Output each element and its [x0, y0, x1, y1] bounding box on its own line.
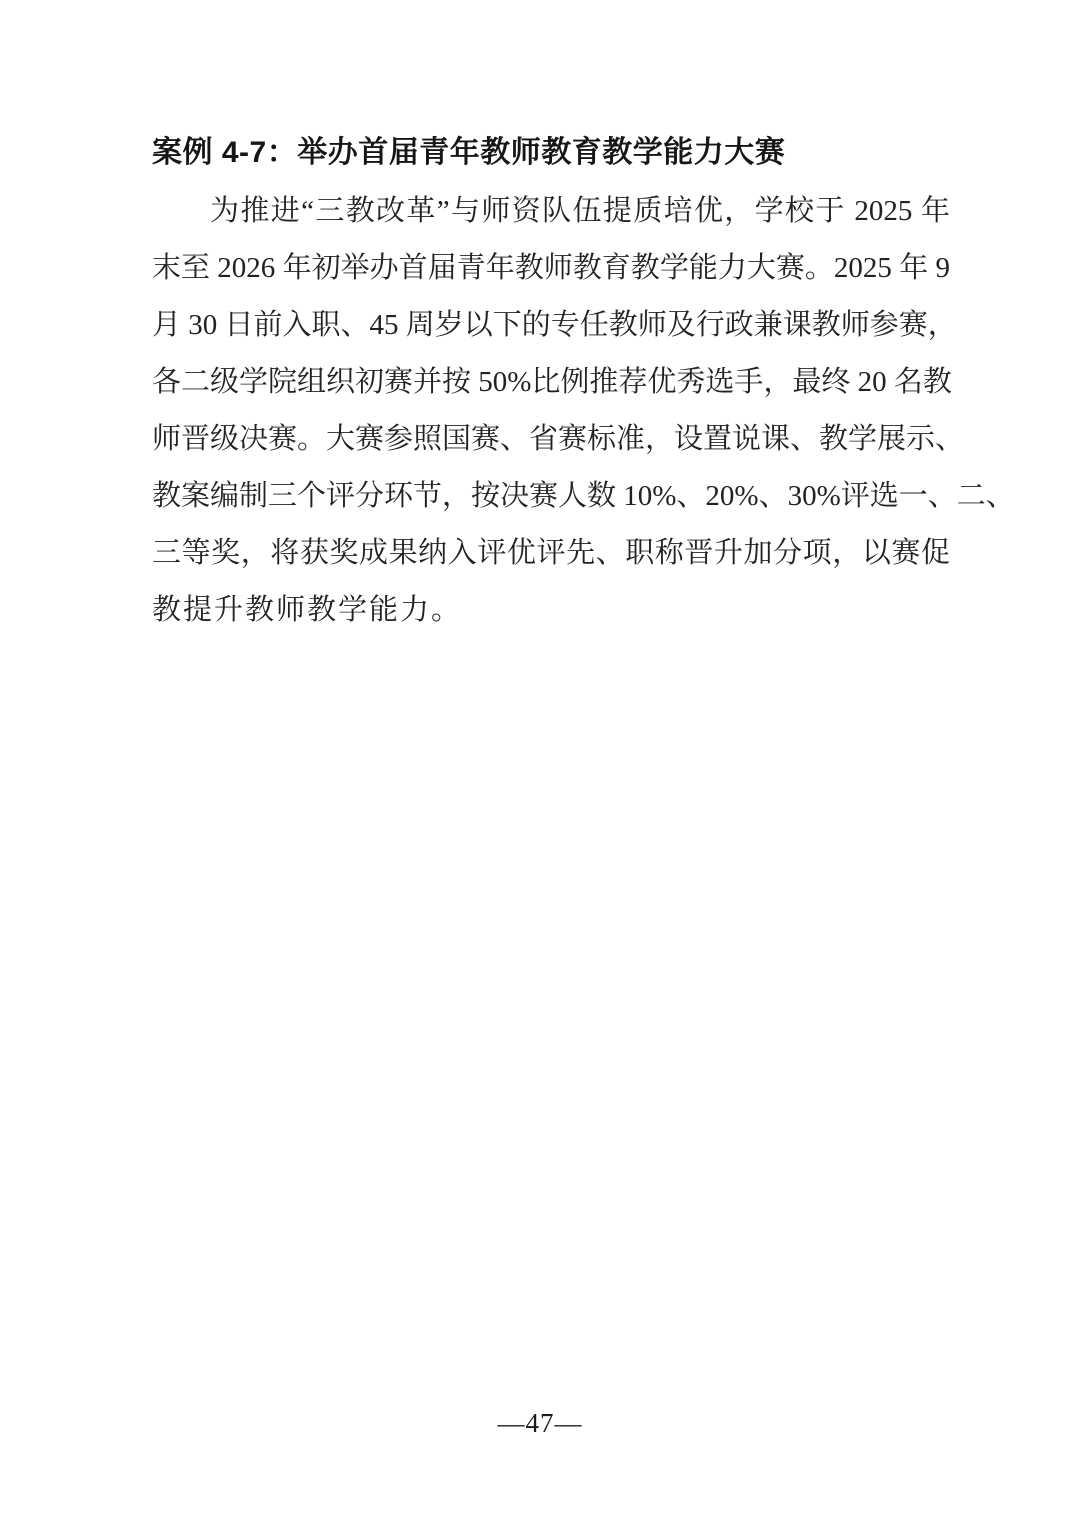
- paragraph-line: 师晋级决赛。大赛参照国赛、省赛标准，设置说课、教学展示、: [152, 414, 950, 471]
- document-page: 案例 4-7：举办首届青年教师教育教学能力大赛 为推进“三教改革”与师资队伍提质…: [0, 0, 1080, 1527]
- case-heading: 案例 4-7：举办首届青年教师教育教学能力大赛: [152, 133, 952, 173]
- paragraph-line: 月 30 日前入职、45 周岁以下的专任教师及行政兼课教师参赛，: [152, 300, 950, 357]
- page-number: —47—: [0, 1408, 1080, 1439]
- paragraph-line: 教案编制三个评分环节，按决赛人数 10%、20%、30%评选一、二、: [152, 471, 950, 528]
- paragraph-line: 教提升教师教学能力。: [152, 585, 950, 642]
- paragraph-line: 末至 2026 年初举办首届青年教师教育教学能力大赛。2025 年 9: [152, 243, 950, 300]
- case-paragraph: 为推进“三教改革”与师资队伍提质培优，学校于 2025 年 末至 2026 年初…: [152, 186, 950, 642]
- paragraph-line: 为推进“三教改革”与师资队伍提质培优，学校于 2025 年: [152, 186, 950, 243]
- paragraph-line: 三等奖，将获奖成果纳入评优评先、职称晋升加分项，以赛促: [152, 528, 950, 585]
- paragraph-line: 各二级学院组织初赛并按 50%比例推荐优秀选手，最终 20 名教: [152, 357, 950, 414]
